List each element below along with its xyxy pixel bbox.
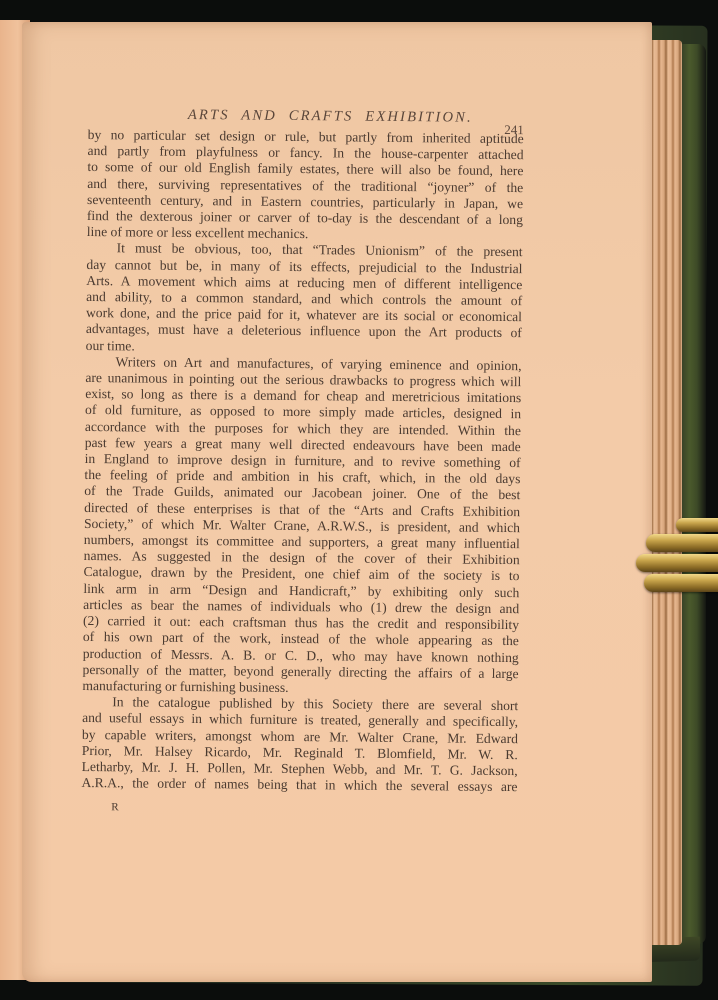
running-title: ARTS AND CRAFTS EXHIBITION. <box>188 107 473 127</box>
clasp-bar <box>676 518 718 532</box>
page-text-block: ARTS AND CRAFTS EXHIBITION. 241 by no pa… <box>81 106 524 817</box>
page-number: 241 <box>504 122 524 138</box>
clasp-bar <box>636 554 718 572</box>
clasp-bar <box>646 534 718 552</box>
paragraph-2: It must be obvious, too, that “Trades Un… <box>86 240 523 358</box>
brass-clasp-icon <box>636 518 718 598</box>
paragraph-4: In the catalogue published by this Socie… <box>81 694 518 795</box>
text-line: A.R.A., the order of names being that in… <box>81 775 517 795</box>
running-head: ARTS AND CRAFTS EXHIBITION. 241 <box>88 106 524 127</box>
paragraph-3: Writers on Art and manufactures, of vary… <box>82 354 521 698</box>
clasp-bar <box>644 574 718 592</box>
paragraph-1: by no particular set design or rule, but… <box>87 127 524 245</box>
